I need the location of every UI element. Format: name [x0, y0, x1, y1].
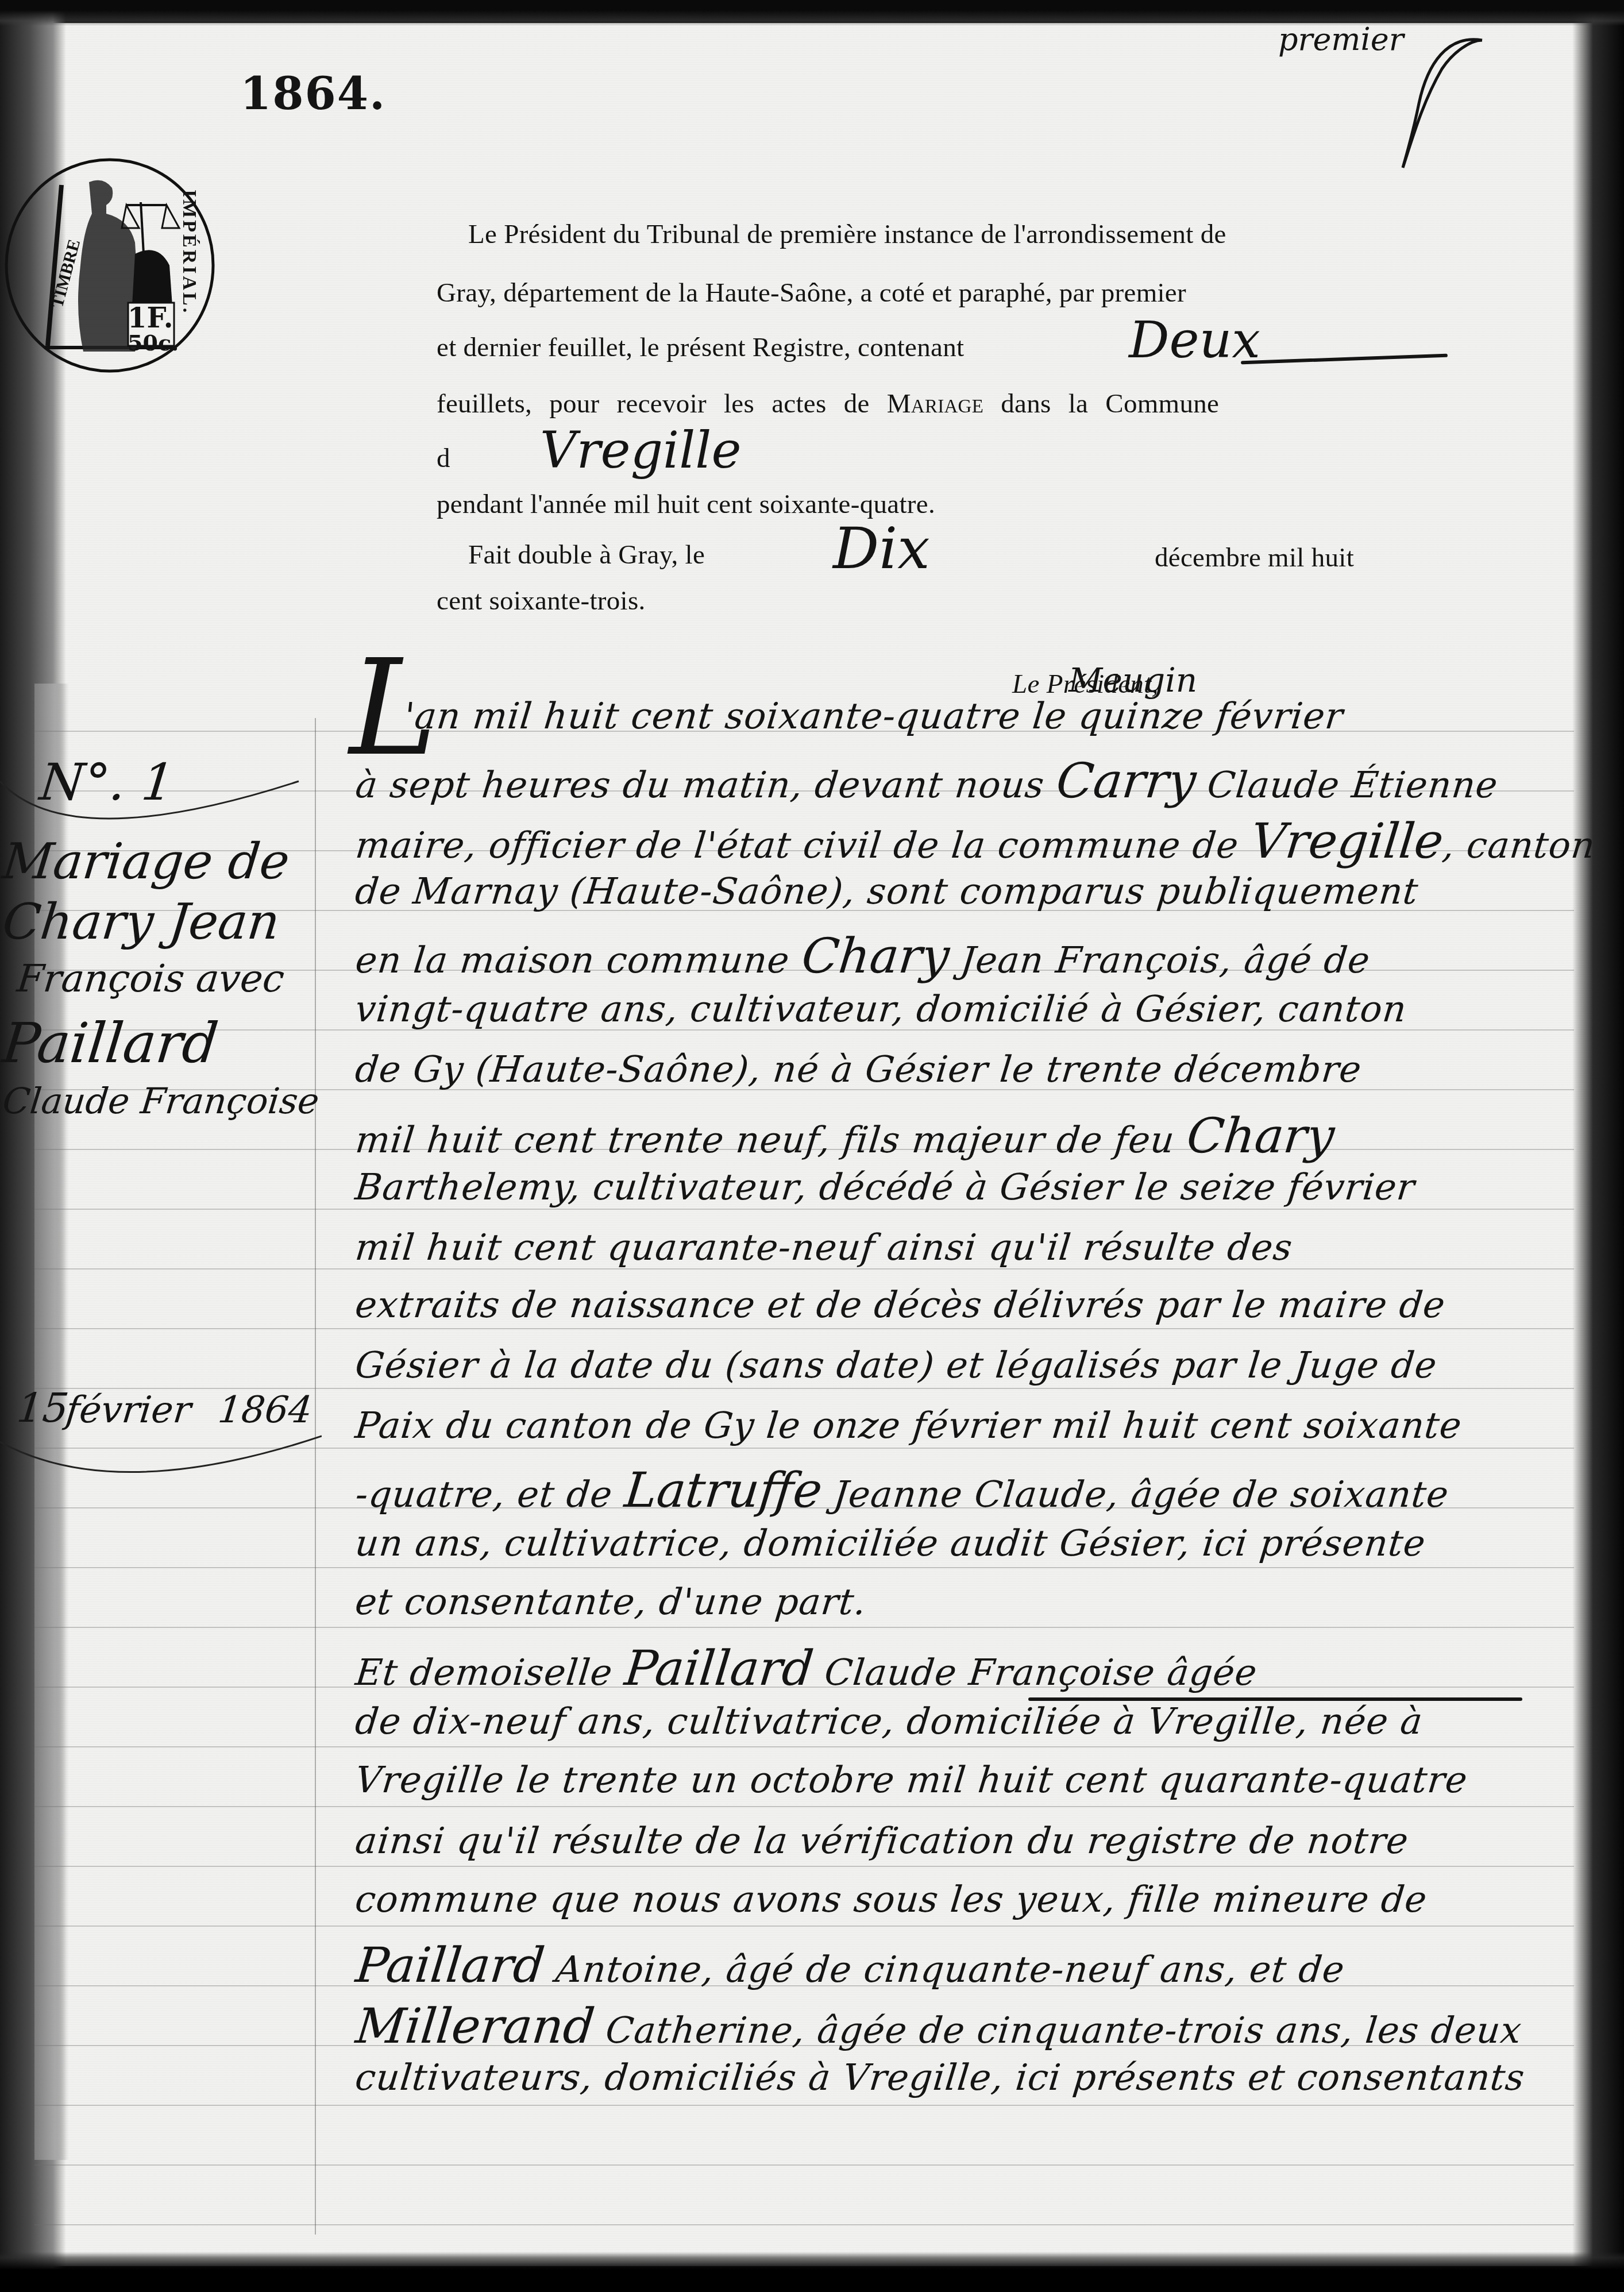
act-line: de Gy (Haute-Saône), né à Gésier le tren… [353, 1048, 1364, 1090]
act-line-text: et consentante, d'une part. [353, 1581, 869, 1623]
line-filler-stroke [1028, 1697, 1522, 1701]
margin-title-line-5: Claude Françoise [1, 1080, 321, 1122]
act-line: un ans, cultivatrice, domiciliée audit G… [353, 1522, 1428, 1564]
preamble-line-6: pendant l'année mil huit cent soixante-q… [437, 491, 935, 518]
person-surname: Chary [1184, 1108, 1337, 1164]
act-line-text: Gésier à la date du (sans date) et légal… [353, 1344, 1439, 1386]
act-line-text: commune que nous avons sous les yeux, fi… [353, 1878, 1429, 1920]
act-line: mil huit cent quarante-neuf ainsi qu'il … [353, 1226, 1295, 1268]
act-line-text: un ans, cultivatrice, domiciliée audit G… [353, 1522, 1428, 1564]
act-line: commune que nous avons sous les yeux, fi… [353, 1878, 1429, 1920]
act-line: mil huit cent trente neuf, fils majeur d… [353, 1108, 1337, 1164]
act-line: Vregille le trente un octobre mil huit c… [353, 1759, 1469, 1801]
act-line-text: 'an mil huit cent soixante-quatre le qui… [402, 695, 1345, 737]
ruled-line [34, 1268, 1574, 1270]
act-line-text: en la maison commune [354, 939, 804, 981]
person-surname: Paillard [353, 1937, 547, 1993]
preamble-line-4-text: feuillets, pour recevoir les actes de [437, 389, 870, 419]
act-line-text: mil huit cent trente neuf, fils majeur d… [354, 1119, 1189, 1161]
preamble-line-8: décembre mil huit [1155, 545, 1354, 572]
dans-la-commune: dans la Commune [1001, 389, 1219, 419]
person-surname: Carry [1054, 753, 1199, 809]
act-line-continuation: Claude Françoise âgée [811, 1652, 1259, 1693]
stamp-value-centimes: 50c. [128, 332, 172, 354]
act-line: ainsi qu'il résulte de la vérification d… [353, 1820, 1411, 1862]
act-line-continuation: Jean François, âgé de [947, 939, 1372, 981]
act-line-text: de Marnay (Haute-Saône), sont comparus p… [353, 870, 1421, 912]
act-line: extraits de naissance et de décès délivr… [353, 1284, 1448, 1326]
ruled-line [34, 1746, 1574, 1747]
stamp-imperial-text: IMPÉRIAL. [178, 190, 200, 315]
act-line-text: ainsi qu'il résulte de la vérification d… [353, 1820, 1411, 1862]
act-line: -quatre, et de Latruffe Jeanne Claude, â… [353, 1462, 1452, 1518]
preamble-line-2: Gray, département de la Haute-Saône, a c… [437, 280, 1186, 307]
person-surname: Millerand [353, 1998, 597, 2054]
act-line-text: de Gy (Haute-Saône), né à Gésier le tren… [353, 1048, 1364, 1090]
act-line: à sept heures du matin, devant nous Carr… [353, 753, 1501, 809]
act-line-text: Paix du canton de Gy le onze février mil… [353, 1404, 1464, 1446]
act-line-continuation: Antoine, âgé de cinquante-neuf ans, et d… [542, 1948, 1347, 1990]
act-line-text: maire, officier de l'état civil de la co… [354, 824, 1253, 866]
right-scan-shadow [1572, 0, 1624, 2292]
person-surname: Vregille [1248, 813, 1446, 869]
commune-handwritten: Vregille [540, 425, 742, 476]
act-line-text: Et demoiselle [354, 1652, 627, 1693]
margin-title-line-4: Paillard [0, 1011, 221, 1075]
ruled-line [34, 1806, 1574, 1807]
ruled-line [34, 1328, 1574, 1329]
paraph-annotation: premier [1278, 24, 1404, 55]
act-line: de dix-neuf ans, cultivatrice, domicilié… [353, 1700, 1425, 1742]
ruled-line [34, 1627, 1574, 1628]
ruled-line [34, 1926, 1574, 1927]
preamble-line-7: Fait double à Gray, le [468, 542, 705, 569]
person-surname: Paillard [622, 1640, 816, 1696]
margin-title-line-3: François avec [15, 956, 287, 1001]
interlinear-insertion: Meugin [1068, 661, 1197, 700]
preamble-line-9: cent soixante-trois. [437, 588, 646, 615]
act-line-continuation: Jeanne Claude, âgée de soixante [819, 1473, 1451, 1515]
act-line-text: -quatre, et de [354, 1473, 627, 1515]
person-surname: Chary [799, 928, 952, 984]
act-line: Barthelemy, cultivateur, décédé à Gésier… [353, 1166, 1417, 1208]
act-line-text: cultivateurs, domiciliés à Vregille, ici… [353, 2056, 1527, 2098]
act-line-text: Barthelemy, cultivateur, décédé à Gésier… [353, 1166, 1417, 1208]
act-line-continuation: Catherine, âgée de cinquante-trois ans, … [592, 2009, 1524, 2051]
act-line: vingt-quatre ans, cultivateur, domicilié… [353, 988, 1409, 1030]
act-line: Paix du canton de Gy le onze février mil… [353, 1404, 1464, 1446]
stamp-value: 1F. 50c. [128, 304, 172, 354]
act-line-text: à sept heures du matin, devant nous [354, 764, 1059, 806]
act-line: Millerand Catherine, âgée de cinquante-t… [353, 1998, 1525, 2054]
day-handwritten: Dix [833, 520, 930, 577]
act-line: cultivateurs, domiciliés à Vregille, ici… [353, 2056, 1527, 2098]
ruled-line [34, 1567, 1574, 1568]
ruled-line [34, 1209, 1574, 1210]
margin-title-line-2: Chary Jean [0, 893, 283, 951]
act-line: 'an mil huit cent soixante-quatre le qui… [402, 695, 1345, 737]
act-line: Et demoiselle Paillard Claude Françoise … [353, 1640, 1260, 1696]
preamble-line-5: d [437, 445, 450, 472]
act-line-text: de dix-neuf ans, cultivatrice, domicilié… [353, 1700, 1425, 1742]
year-heading: 1864. [240, 68, 386, 120]
act-line-text: vingt-quatre ans, cultivateur, domicilié… [353, 988, 1409, 1030]
mariage-label: Mariage [887, 389, 984, 419]
margin-date-flourish-icon [0, 1425, 322, 1494]
act-line-continuation: , canton [1441, 824, 1598, 866]
preamble-line-1: Le Président du Tribunal de première ins… [468, 221, 1226, 248]
act-line-text: extraits de naissance et de décès délivr… [353, 1284, 1448, 1326]
act-line: maire, officier de l'état civil de la co… [353, 813, 1599, 869]
preamble-line-3: et dernier feuillet, le présent Registre… [437, 334, 964, 361]
bottom-scan-shadow [0, 2252, 1624, 2292]
act-line-text: Vregille le trente un octobre mil huit c… [353, 1759, 1469, 1801]
ruled-line [34, 1866, 1574, 1867]
ruled-line [34, 2164, 1574, 2166]
leaves-count-handwritten: Deux [1129, 315, 1260, 365]
act-line: de Marnay (Haute-Saône), sont comparus p… [353, 870, 1421, 912]
ruled-line [34, 2105, 1574, 2106]
act-line: Gésier à la date du (sans date) et légal… [353, 1344, 1439, 1386]
margin-title-line-1: Mariage de [0, 833, 292, 890]
preamble-line-4: feuillets, pour recevoir les actes de Ma… [437, 391, 1219, 418]
act-line-continuation: Claude Étienne [1193, 764, 1500, 806]
stamp-value-francs: 1F. [128, 304, 172, 332]
ruled-line [34, 2224, 1574, 2225]
person-surname: Latruffe [622, 1462, 825, 1518]
act-line-text: mil huit cent quarante-neuf ainsi qu'il … [353, 1226, 1295, 1268]
act-line: Paillard Antoine, âgé de cinquante-neuf … [353, 1937, 1348, 1993]
act-line: et consentante, d'une part. [353, 1581, 869, 1623]
act-line: en la maison commune Chary Jean François… [353, 928, 1374, 984]
